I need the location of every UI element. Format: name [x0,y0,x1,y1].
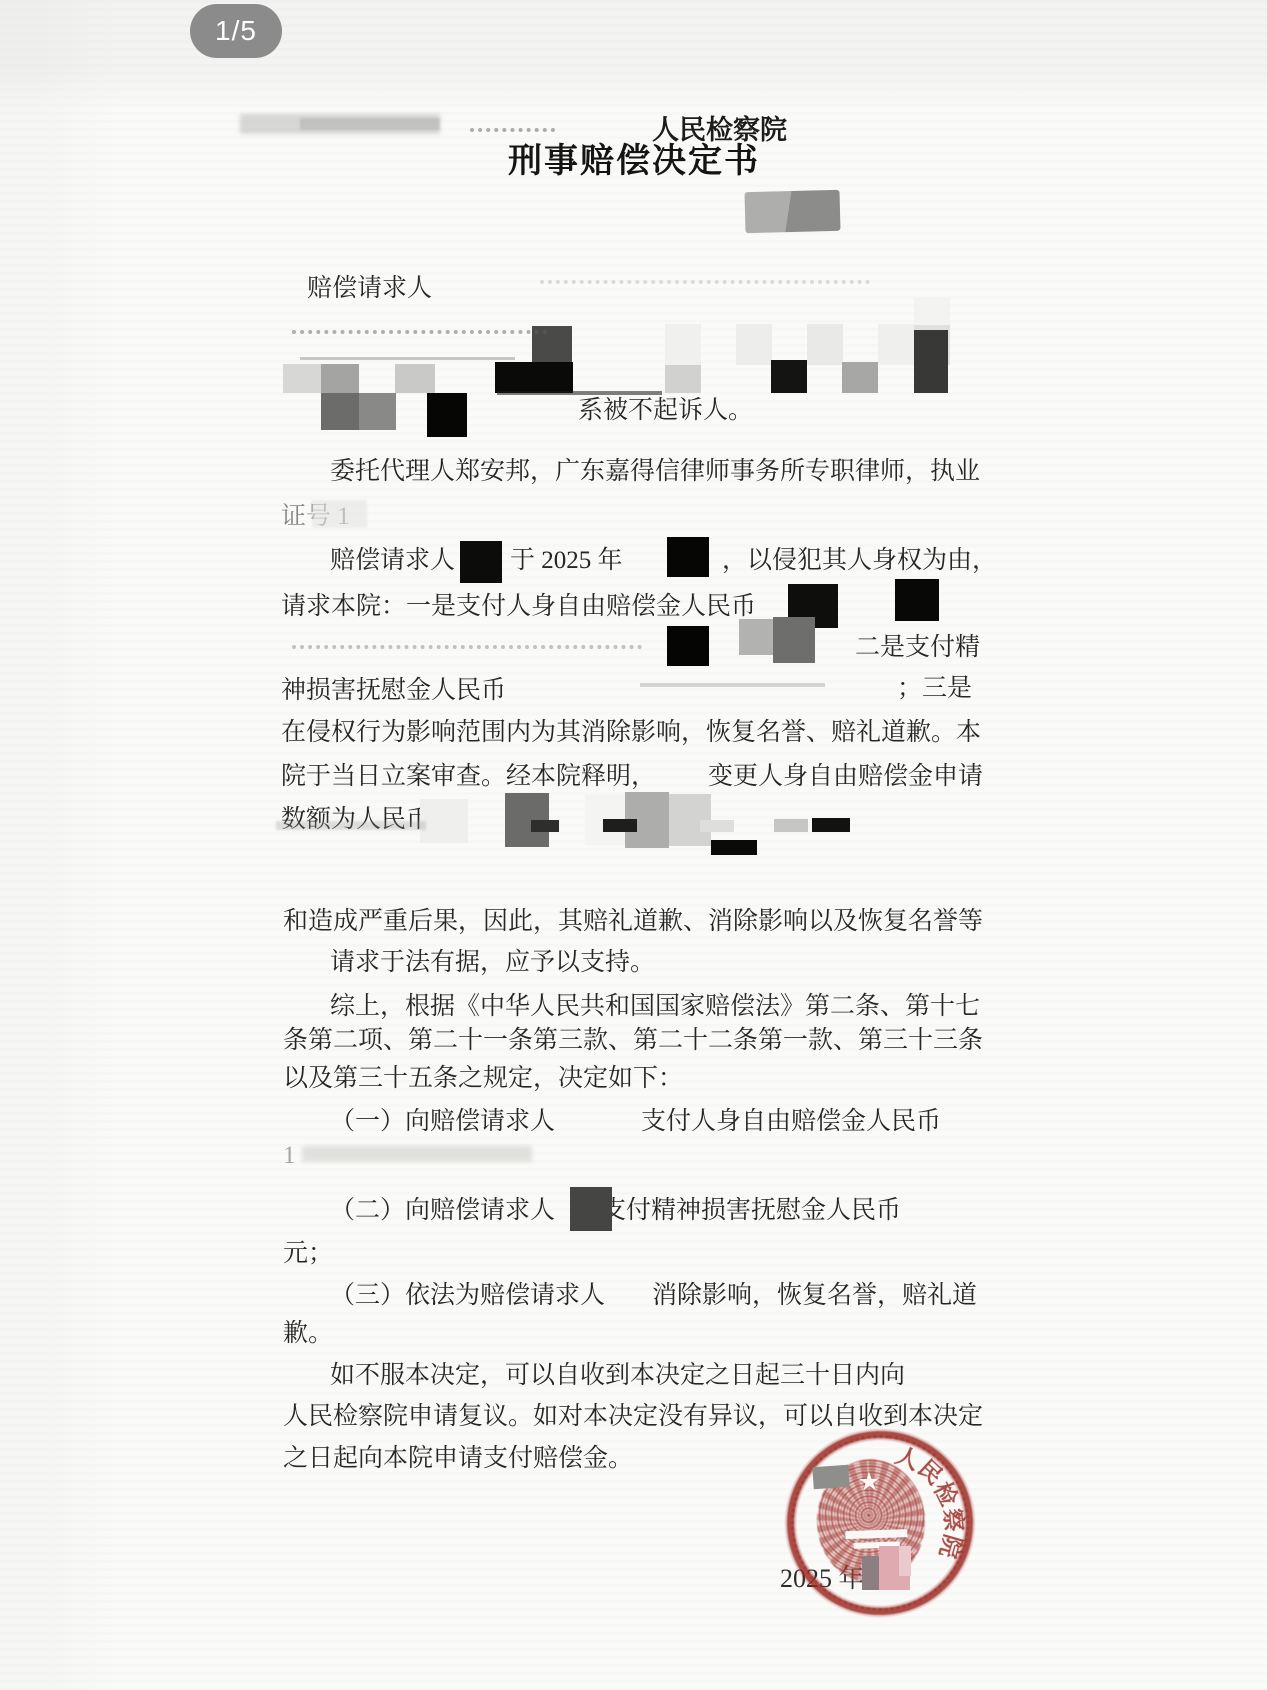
stitch-dash [774,819,808,832]
page-indicator-text: 1/5 [215,15,257,47]
stitch-dash [700,820,734,832]
decision-item3-end: 歉。 [283,1313,333,1349]
mosaic-block [532,326,572,365]
ghost-scribble [300,357,515,360]
mosaic-block [283,364,321,393]
ghost-scribble [640,683,825,687]
mosaic-block [878,324,914,365]
decision-item1-amount-hint: 1 [283,1142,296,1170]
stitch-dash [531,820,559,832]
decision-item2-end: 元； [283,1233,333,1269]
mosaic-block [665,365,701,393]
document-page[interactable]: 1/5 人民检察院 刑事赔偿决定书 赔偿请求人 系被不起诉人。 委托代理人郑安邦… [0,0,1267,1690]
redaction-black [711,840,757,855]
mosaic-block [807,324,843,365]
mosaic-block [914,330,948,393]
mosaic-block [395,364,435,393]
agent-line: 委托代理人郑安邦，广东嘉得信律师事务所专职律师，执业 [330,451,980,487]
redaction-gray [505,793,549,847]
mosaic-block [914,325,950,365]
decision-item2-b: 支付精神损害抚慰金人民币 [601,1190,901,1226]
stitch-dash [603,819,637,832]
request-line7: 数额为人民币 [281,799,431,835]
ghost-smudge [302,1146,532,1162]
mosaic-block [495,362,573,393]
law-line1: 综上，根据《中华人民共和国国家赔偿法》第二条、第十七 [330,986,980,1022]
request-line6-b: 变更人身自由赔偿金申请 [708,756,983,792]
body-line2: 请求于法有据，应予以支持。 [330,942,655,978]
redaction-layer [0,0,1267,1690]
request-line6-a: 院于当日立案审查。经本院释明， [281,756,656,792]
decision-item1-a: （一）向赔偿请求人 [330,1101,555,1137]
redaction-black [667,537,709,577]
ghost-dots [292,330,547,334]
decision-item2-a: （二）向赔偿请求人 [330,1190,555,1226]
redaction-black [667,626,709,666]
body-line1: 和造成严重后果，因此，其赔礼道歉、消除影响以及恢复名誉等 [283,901,983,937]
mosaic-block [321,364,359,393]
redaction-gray [669,794,711,846]
decision-item3-b: 消除影响，恢复名誉，赔礼道 [652,1275,977,1311]
ghost-scribble [292,645,642,649]
document-title: 刑事赔偿决定书 [508,133,760,182]
request-line4-a: 神损害抚慰金人民币 [281,670,506,706]
request-line4-b: ；三是 [897,668,972,704]
redaction-gray [773,617,815,663]
seal-arc-char: 察 [938,1507,973,1533]
redaction-gray [585,795,625,845]
case-number-redaction [744,190,840,233]
decision-item1-b: 支付人身自由赔偿金人民币 [641,1101,941,1137]
request-line1-c: ，以侵犯其人身权为由， [722,540,997,576]
decision-item3-a: （三）依法为赔偿请求人 [330,1275,605,1311]
mosaic-block [427,393,467,437]
seal-star-icon: ★ [857,1467,881,1498]
request-line1-a: 赔偿请求人 [330,540,455,576]
appeal-line2: 人民检察院申请复议。如对本决定没有异议，可以自收到本决定 [283,1396,983,1432]
ghost-ticks [540,280,870,284]
mosaic-block [665,324,701,365]
mosaic-block [914,297,950,325]
redaction-black [460,541,502,583]
official-seal: ★ 人民检察院 [784,1428,976,1618]
ghost-text [240,114,440,134]
appeal-line3: 之日起向本院申请支付赔偿金。 [283,1438,633,1474]
claimant-label: 赔偿请求人 [307,268,432,304]
law-line3: 以及第三十五条之规定，决定如下： [283,1058,683,1094]
law-line2: 条第二项、第二十一条第三款、第二十二条第一款、第三十三条 [283,1020,983,1056]
mosaic-block [359,393,396,430]
page-indicator-badge: 1/5 [190,4,282,58]
request-line2: 请求本院：一是支付人身自由赔偿金人民币 [281,586,756,622]
request-line1-b: 于 2025 年 [510,540,623,576]
request-line3: 二是支付精 [855,627,980,663]
non-prosecuted-line: 系被不起诉人。 [578,390,753,426]
request-line5: 在侵权行为影响范围内为其消除影响，恢复名誉、赔礼道歉。本 [281,712,981,748]
stitch-dash [812,818,850,832]
mosaic-block [842,362,878,393]
ghost-text [300,118,440,130]
license-line: 证号 1 [281,496,350,532]
redaction-black [895,579,939,621]
appeal-line1: 如不服本决定，可以自收到本决定之日起三十日内向 [330,1355,905,1391]
redaction-gray [739,619,773,655]
mosaic-block [736,324,772,365]
ghost-dots [470,128,555,132]
mosaic-block [321,393,359,430]
redaction-black [788,584,838,628]
mosaic-block [771,360,807,393]
redaction-gray [625,792,669,848]
